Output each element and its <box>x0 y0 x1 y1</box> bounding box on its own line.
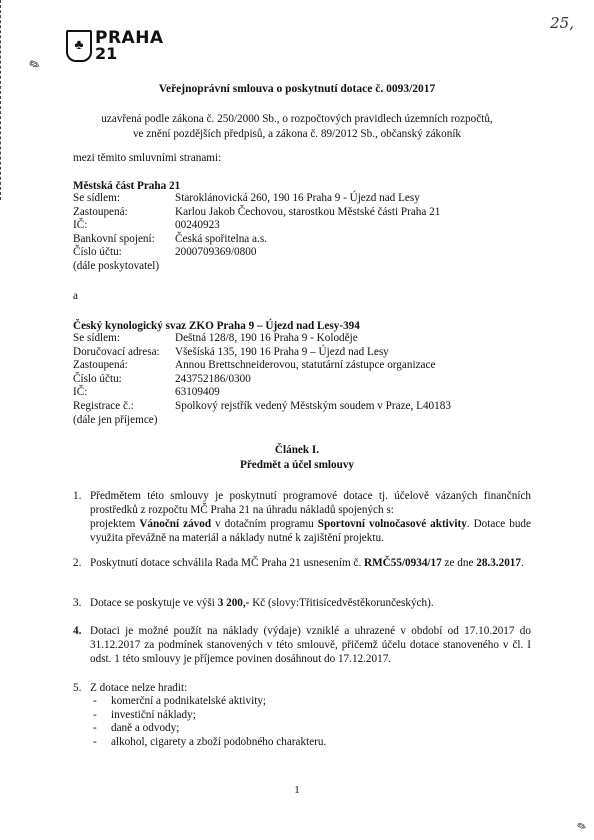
field-row: Se sídlem:Deštná 128/8, 190 16 Praha 9 -… <box>73 332 451 346</box>
clause-text: Dotace se poskytuje ve výši 3 200,- Kč (… <box>90 596 531 610</box>
field-label: Bankovní spojení: <box>73 233 175 247</box>
exclusion-item: -alkohol, cigarety a zboží podobného cha… <box>73 736 531 750</box>
recipient-name: Český kynologický svaz ZKO Praha 9 – Úje… <box>73 320 451 332</box>
field-value: 2000709369/0800 <box>175 246 256 260</box>
field-label: Se sídlem: <box>73 332 175 346</box>
field-row: Se sídlem:Staroklánovická 260, 190 16 Pr… <box>73 192 440 206</box>
coat-of-arms-icon: ♣ <box>66 30 92 62</box>
field-row: Bankovní spojení:Česká spořitelna a.s. <box>73 233 440 247</box>
praha-21-logo: ♣ PRAHA 21 <box>66 30 164 62</box>
dash-bullet: - <box>73 722 111 736</box>
field-label: Doručovací adresa: <box>73 346 175 360</box>
dash-bullet: - <box>73 709 111 723</box>
field-value: Česká spořitelna a.s. <box>175 233 267 247</box>
field-value: Staroklánovická 260, 190 16 Praha 9 - Új… <box>175 192 420 206</box>
field-row: Číslo účtu:243752186/0300 <box>73 373 451 387</box>
field-value: Annou Brettschneiderovou, statutární zás… <box>175 359 435 373</box>
clause-number: 1. <box>73 489 90 545</box>
handwritten-page-number: 25, <box>550 14 574 32</box>
field-label: Zastoupená: <box>73 359 175 373</box>
field-label: Číslo účtu: <box>73 246 175 260</box>
field-row: Číslo účtu:2000709369/0800 <box>73 246 440 260</box>
exclusion-text: komerční a podnikatelské aktivity; <box>111 695 266 709</box>
article-heading: Článek I. Předmět a účel smlouvy <box>0 443 594 473</box>
field-row: IČ:00240923 <box>73 219 440 233</box>
field-value: 63109409 <box>175 386 220 400</box>
scan-edge-artifact <box>0 0 5 200</box>
page-number: 1 <box>0 784 594 796</box>
field-label: IČ: <box>73 219 175 233</box>
pen-mark-icon: ✎ <box>573 818 589 835</box>
field-label: Se sídlem: <box>73 192 175 206</box>
field-value: Deštná 128/8, 190 16 Praha 9 - Koloděje <box>175 332 358 346</box>
field-row: Zastoupená:Karlou Jakob Čechovou, staros… <box>73 206 440 220</box>
field-label: Zastoupená: <box>73 206 175 220</box>
article-title: Předmět a účel smlouvy <box>0 458 594 473</box>
field-row: Doručovací adresa:Všešíská 135, 190 16 P… <box>73 346 451 360</box>
clause-number: 2. <box>73 556 90 570</box>
subtitle-line: ve znění pozdějších předpisů, a zákona č… <box>0 127 594 142</box>
clause-text: Poskytnutí dotace schválila Rada MČ Prah… <box>90 556 531 570</box>
clause-4: 4. Dotaci je možné použít na náklady (vý… <box>73 624 531 666</box>
clause-number: 4. <box>73 624 90 666</box>
dash-bullet: - <box>73 736 111 750</box>
clause-text: Dotaci je možné použít na náklady (výdaj… <box>90 624 531 666</box>
provider-block: Městská část Praha 21 Se sídlem:Staroklá… <box>73 180 440 272</box>
field-label: Číslo účtu: <box>73 373 175 387</box>
parties-intro: mezi těmito smluvními stranami: <box>73 152 221 164</box>
field-value: 00240923 <box>175 219 220 233</box>
field-label: Registrace č.: <box>73 400 175 414</box>
recipient-role: (dále jen příjemce) <box>73 414 451 426</box>
recipient-block: Český kynologický svaz ZKO Praha 9 – Úje… <box>73 320 451 426</box>
field-value: Všešíská 135, 190 16 Praha 9 – Újezd nad… <box>175 346 389 360</box>
document-subtitle: uzavřená podle zákona č. 250/2000 Sb., o… <box>0 112 594 142</box>
logo-line-2: 21 <box>95 46 164 62</box>
clause-5: 5. Z dotace nelze hradit: -komerční a po… <box>73 681 531 749</box>
exclusion-item: -daně a odvody; <box>73 722 531 736</box>
dash-bullet: - <box>73 695 111 709</box>
article-number: Článek I. <box>0 443 594 458</box>
field-value: 243752186/0300 <box>175 373 251 387</box>
field-row: Registrace č.:Spolkový rejstřík vedený M… <box>73 400 451 414</box>
subtitle-line: uzavřená podle zákona č. 250/2000 Sb., o… <box>0 112 594 127</box>
field-value: Karlou Jakob Čechovou, starostkou Městsk… <box>175 206 440 220</box>
document-title: Veřejnoprávní smlouva o poskytnutí dotac… <box>0 83 594 95</box>
clause-2: 2. Poskytnutí dotace schválila Rada MČ P… <box>73 556 531 570</box>
pen-mark-icon: ✎ <box>25 56 43 76</box>
provider-name: Městská část Praha 21 <box>73 180 440 192</box>
field-row: Zastoupená:Annou Brettschneiderovou, sta… <box>73 359 451 373</box>
clause-text: Z dotace nelze hradit: <box>90 681 531 695</box>
clause-3: 3. Dotace se poskytuje ve výši 3 200,- K… <box>73 596 531 610</box>
exclusion-text: daně a odvody; <box>111 722 179 736</box>
exclusion-item: -investiční náklady; <box>73 709 531 723</box>
party-separator: a <box>73 290 78 302</box>
field-row: IČ:63109409 <box>73 386 451 400</box>
field-label: IČ: <box>73 386 175 400</box>
clause-number: 3. <box>73 596 90 610</box>
exclusion-text: investiční náklady; <box>111 709 196 723</box>
clause-1: 1. Předmětem této smlouvy je poskytnutí … <box>73 489 531 545</box>
clause-text: Předmětem této smlouvy je poskytnutí pro… <box>90 489 531 545</box>
exclusion-text: alkohol, cigarety a zboží podobného char… <box>111 736 326 750</box>
clause-number: 5. <box>73 681 90 695</box>
provider-role: (dále poskytovatel) <box>73 260 440 272</box>
field-value: Spolkový rejstřík vedený Městským soudem… <box>175 400 451 414</box>
exclusion-item: -komerční a podnikatelské aktivity; <box>73 695 531 709</box>
